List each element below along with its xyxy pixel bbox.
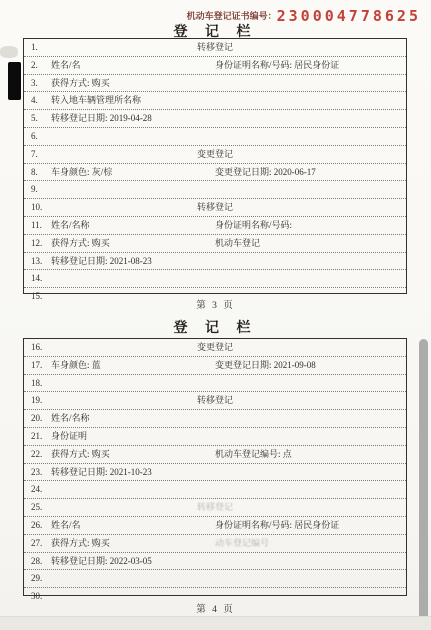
row-number: 18. [31,375,42,392]
row-number: 28. [31,553,42,570]
table-row: 6. [24,128,406,146]
table-row: 19.转移登记 [24,392,406,410]
window-bottom-edge [0,616,431,630]
table-row: 16.变更登记 [24,339,406,357]
row-number: 23. [31,464,42,481]
row-number: 14. [31,270,42,287]
row-field-left: 获得方式: 购买 [51,75,110,92]
row-field-left: 获得方式: 购买 [51,535,110,552]
table-row: 3.获得方式: 购买 [24,75,406,93]
page-number-4: 第 4 页 [0,601,431,615]
row-field-left: 转移登记日期: 2022-03-05 [51,553,152,570]
scanned-certificate-page: 机动车登记证书编号：230004778625 登 记 栏 1.转移登记2.姓名/… [0,0,431,630]
row-field-left: 车身颜色: 灰/棕 [51,164,112,181]
scan-smudge [0,46,18,58]
row-number: 9. [31,181,38,198]
table-row: 13.转移登记日期: 2021-08-23 [24,253,406,271]
table-row: 17.车身颜色: 蓝变更登记日期: 2021-09-08 [24,357,406,375]
row-field-left: 姓名/名 [51,517,81,534]
table-row: 21.身份证明 [24,428,406,446]
row-field-left: 车身颜色: 蓝 [51,357,101,374]
row-number: 11. [31,217,42,234]
row-number: 29. [31,570,42,587]
row-number: 27. [31,535,42,552]
registration-table-page3: 1.转移登记2.姓名/名身份证明名称/号码: 居民身份证3.获得方式: 购买4.… [23,38,407,294]
table-row: 7.变更登记 [24,146,406,164]
row-number: 12. [31,235,42,252]
table-row: 5.转移登记日期: 2019-04-28 [24,110,406,128]
table-row: 9. [24,181,406,199]
row-field-right: 身份证明名称/号码: [215,217,292,234]
scrollbar-thumb[interactable] [419,339,428,626]
table-row: 27.获得方式: 购买动车登记编号 [24,535,406,553]
page-number-3: 第 3 页 [0,297,431,311]
row-field-right: 机动车登记编号: 点 [215,446,292,463]
row-field-left: 转移登记日期: 2019-04-28 [51,110,152,127]
row-number: 13. [31,253,42,270]
row-field-right: 变更登记日期: 2020-06-17 [215,164,316,181]
table-row: 1.转移登记 [24,39,406,57]
row-field-left: 姓名/名称 [51,217,90,234]
row-field-left: 获得方式: 购买 [51,446,110,463]
row-field-right: 动车登记编号 [215,535,269,552]
table-row: 18. [24,375,406,393]
row-field-left: 转移登记日期: 2021-08-23 [51,253,152,270]
row-entry-title: 转移登记 [24,392,406,409]
row-number: 26. [31,517,42,534]
row-number: 3. [31,75,38,92]
scan-ink-mark [8,62,21,100]
row-entry-title: 变更登记 [24,146,406,163]
row-field-left: 身份证明 [51,428,87,445]
row-number: 17. [31,357,42,374]
row-field-left: 获得方式: 购买 [51,235,110,252]
table-row: 2.姓名/名身份证明名称/号码: 居民身份证 [24,57,406,75]
table-row: 20.姓名/名称 [24,410,406,428]
row-number: 24. [31,481,42,498]
row-number: 21. [31,428,42,445]
table-row: 4.转入地车辆管理所名称 [24,92,406,110]
table-row: 28.转移登记日期: 2022-03-05 [24,553,406,571]
row-number: 5. [31,110,38,127]
row-number: 8. [31,164,38,181]
row-field-left: 转移登记日期: 2021-10-23 [51,464,152,481]
row-number: 22. [31,446,42,463]
row-field-right: 身份证明名称/号码: 居民身份证 [215,57,339,74]
table-row: 22.获得方式: 购买机动车登记编号: 点 [24,446,406,464]
row-entry-title: 转移登记 [24,499,406,516]
registration-table-page4: 16.变更登记17.车身颜色: 蓝变更登记日期: 2021-09-0818.19… [23,338,407,596]
table-row: 26.姓名/名身份证明名称/号码: 居民身份证 [24,517,406,535]
table-row: 29. [24,570,406,588]
certificate-number-label: 机动车登记证书编号： [187,11,277,21]
row-entry-title: 转移登记 [24,39,406,56]
table-row: 24. [24,481,406,499]
section-title-registration-column-2: 登 记 栏 [0,317,431,337]
row-entry-title: 变更登记 [24,339,406,356]
row-field-right: 身份证明名称/号码: 居民身份证 [215,517,339,534]
row-field-left: 姓名/名称 [51,410,90,427]
table-row: 11.姓名/名称身份证明名称/号码: [24,217,406,235]
table-row: 12.获得方式: 购买机动车登记 [24,235,406,253]
table-row: 8.车身颜色: 灰/棕变更登记日期: 2020-06-17 [24,164,406,182]
table-row: 10.转移登记 [24,199,406,217]
row-number: 6. [31,128,38,145]
row-field-right: 变更登记日期: 2021-09-08 [215,357,316,374]
row-field-left: 姓名/名 [51,57,81,74]
row-field-left: 转入地车辆管理所名称 [51,92,141,109]
row-number: 4. [31,92,38,109]
row-field-right: 机动车登记 [215,235,260,252]
table-row: 23.转移登记日期: 2021-10-23 [24,464,406,482]
table-row: 14. [24,270,406,288]
row-number: 20. [31,410,42,427]
row-entry-title: 转移登记 [24,199,406,216]
row-number: 2. [31,57,38,74]
table-row: 25.转移登记 [24,499,406,517]
